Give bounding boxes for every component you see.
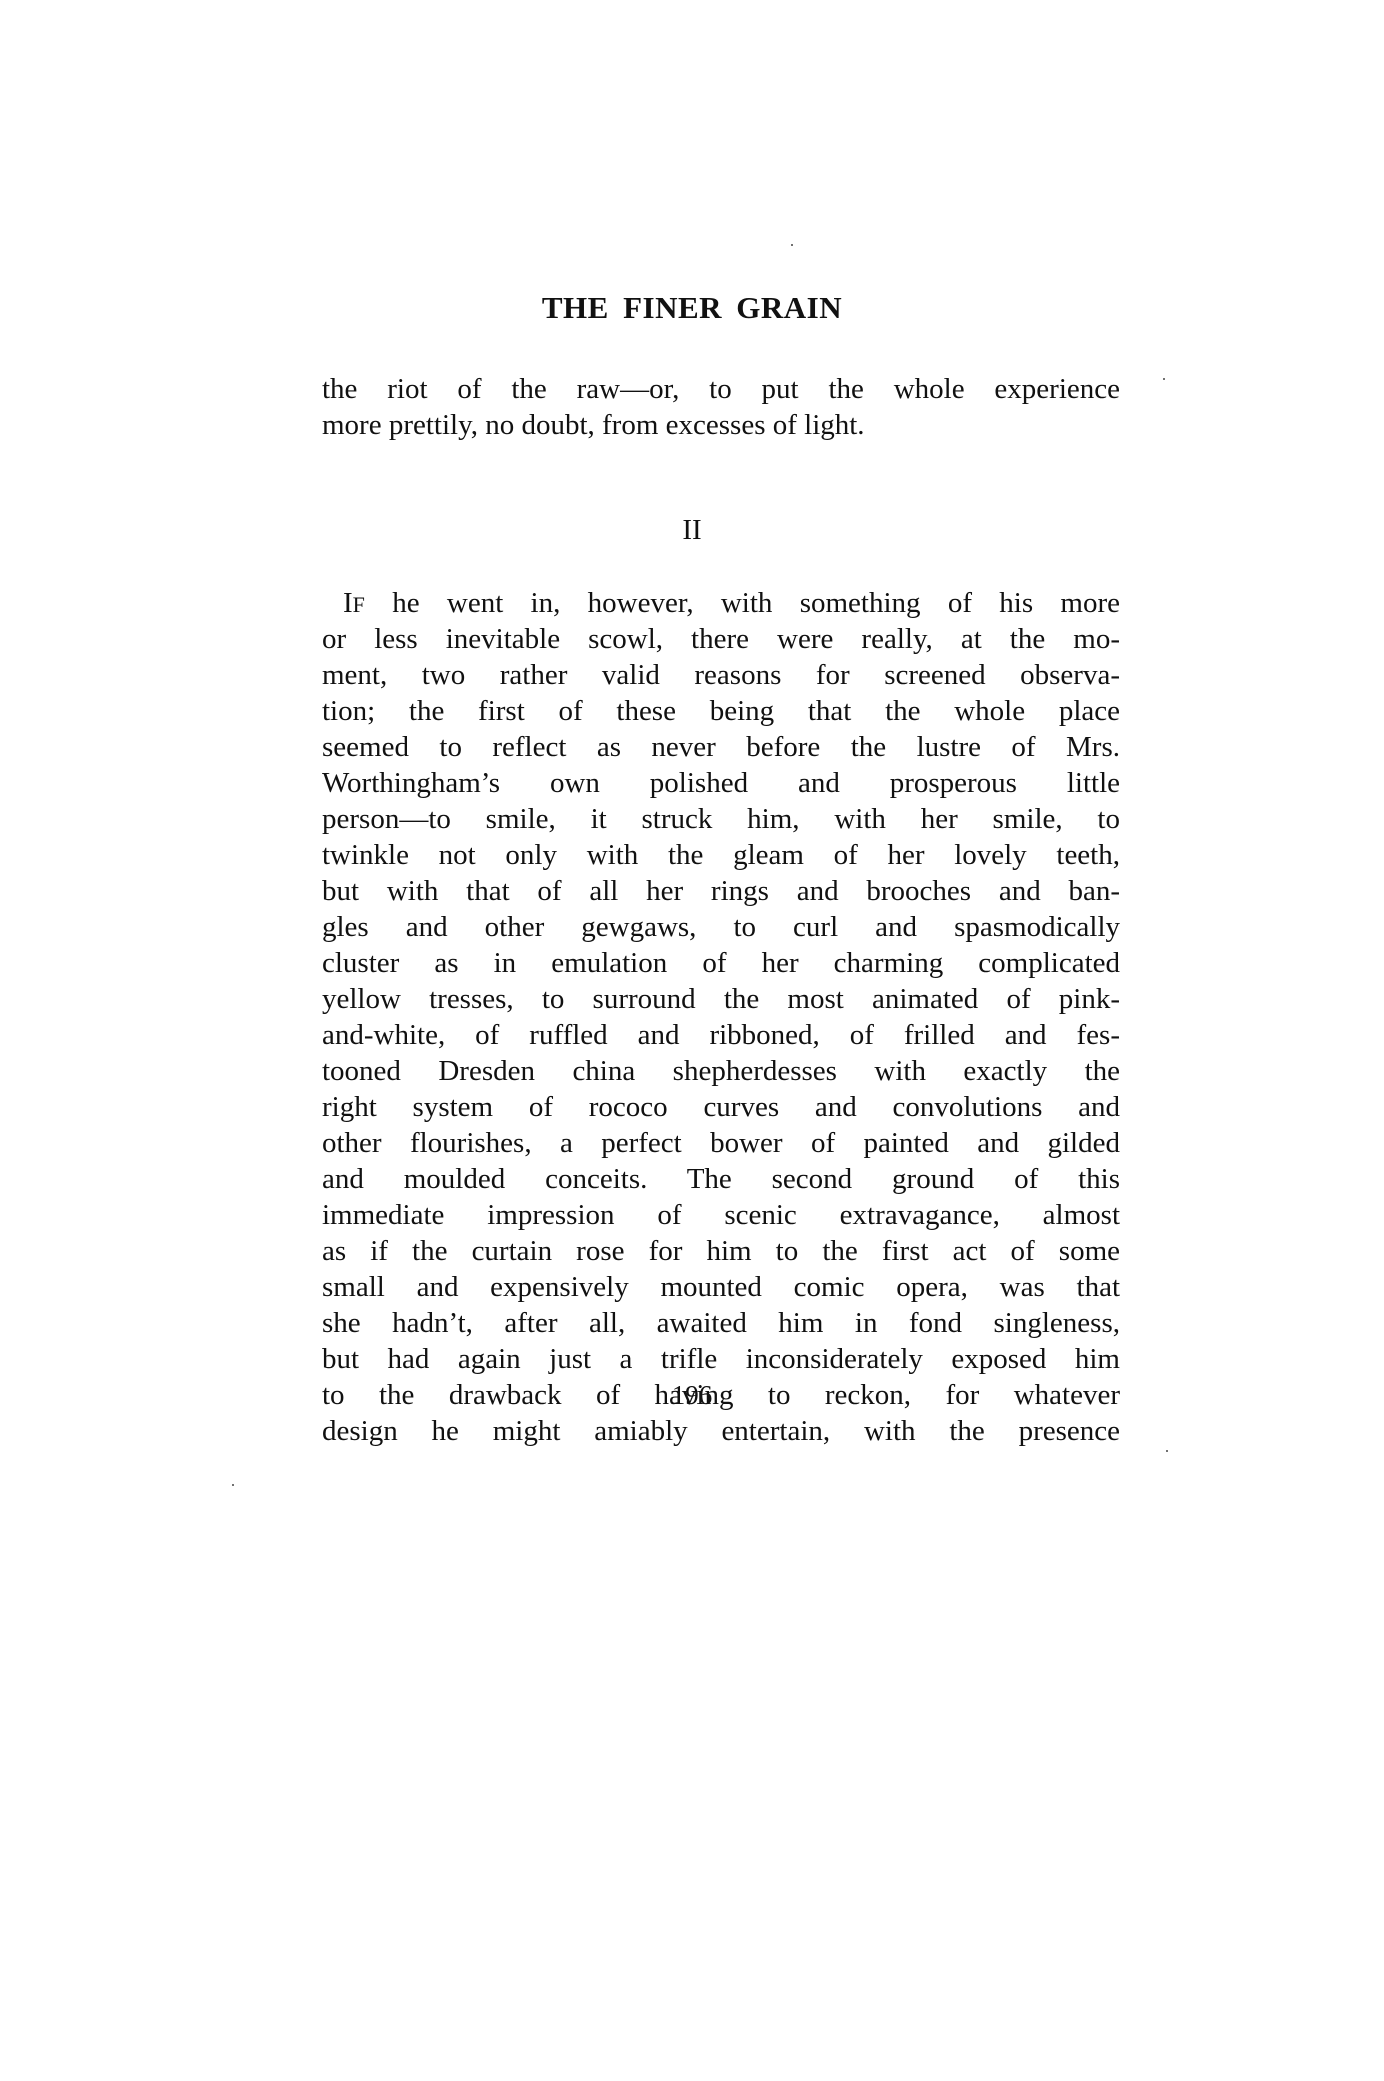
text-line: and moulded conceits. The second ground … <box>322 1161 1120 1197</box>
text-line: twinkle not only with the gleam of her l… <box>322 837 1120 873</box>
text-line: seemed to reflect as never before the lu… <box>322 729 1120 765</box>
text-line: yellow tresses, to surround the most ani… <box>322 981 1120 1017</box>
text-line: other flourishes, a perfect bower of pai… <box>322 1125 1120 1161</box>
text-line: Worthingham’s own polished and prosperou… <box>322 765 1120 801</box>
text-line-first: IF he went in, however, with something o… <box>322 585 1120 621</box>
dropcap: I <box>343 587 353 619</box>
continuation-text: the riot of the raw—or, to put the whole… <box>322 371 1120 443</box>
text-line: tion; the first of these being that the … <box>322 693 1120 729</box>
text-line: or less inevitable scowl, there were rea… <box>322 621 1120 657</box>
scan-speck <box>1163 378 1165 380</box>
scan-speck <box>1166 1450 1168 1452</box>
text-line: gles and other gewgaws, to curl and spas… <box>322 909 1120 945</box>
text-line: but with that of all her rings and brooc… <box>322 873 1120 909</box>
text-line: the riot of the raw—or, to put the whole… <box>322 371 1120 407</box>
text-line: immediate impression of scenic extravaga… <box>322 1197 1120 1233</box>
text-line: and-white, of ruffled and ribboned, of f… <box>322 1017 1120 1053</box>
first-line-text: he went in, however, with something of h… <box>365 587 1120 619</box>
text-line: ment, two rather valid reasons for scree… <box>322 657 1120 693</box>
text-line: right system of rococo curves and convol… <box>322 1089 1120 1125</box>
text-line: she hadn’t, after all, awaited him in fo… <box>322 1305 1120 1341</box>
text-line: cluster as in emulation of her charming … <box>322 945 1120 981</box>
text-line: but had again just a trifle inconsiderat… <box>322 1341 1120 1377</box>
paragraph: IF he went in, however, with something o… <box>322 585 1120 1449</box>
text-line: small and expensively mounted comic oper… <box>322 1269 1120 1305</box>
section-number: II <box>0 514 1384 547</box>
smallcap: F <box>353 592 365 617</box>
scan-speck <box>232 1484 234 1486</box>
page-number: 196 <box>0 1380 1384 1411</box>
text-line: person—to smile, it struck him, with her… <box>322 801 1120 837</box>
text-line: as if the curtain rose for him to the fi… <box>322 1233 1120 1269</box>
text-line: tooned Dresden china shepherdesses with … <box>322 1053 1120 1089</box>
scan-speck <box>791 244 793 246</box>
text-line: design he might amiably entertain, with … <box>322 1413 1120 1449</box>
text-line: more prettily, no doubt, from excesses o… <box>322 407 1120 443</box>
running-head: THE FINER GRAIN <box>0 290 1384 326</box>
